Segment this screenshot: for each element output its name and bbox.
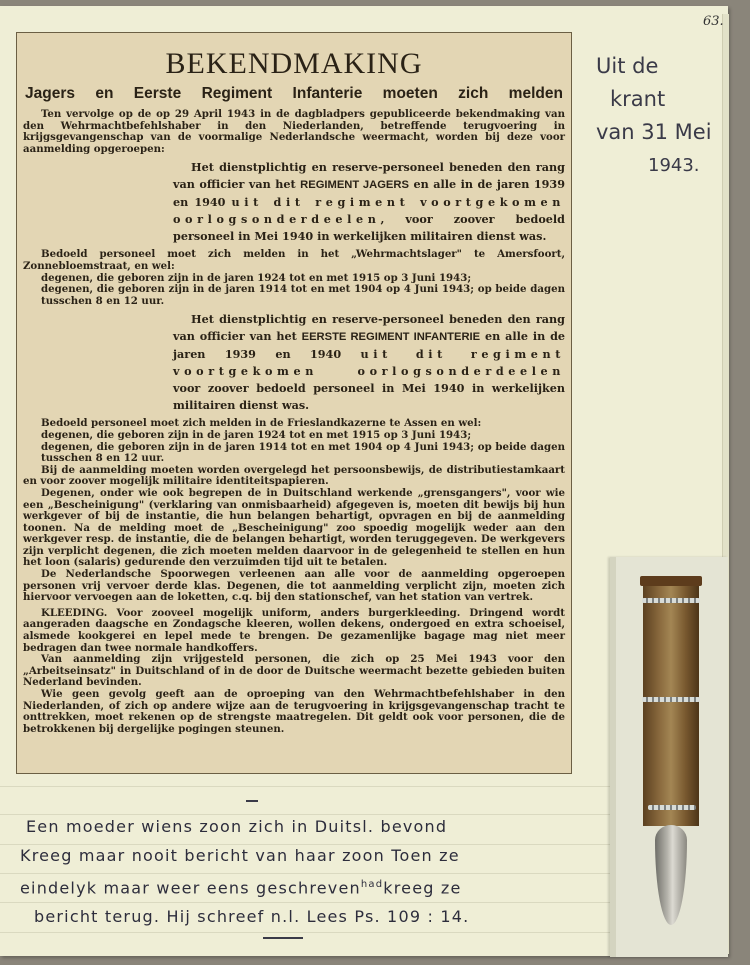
subtitle-word: zich	[458, 85, 488, 103]
subtitle-word: melden	[509, 85, 563, 103]
wire-band	[642, 598, 700, 603]
separator-dash	[263, 937, 303, 939]
eerste-regiment-text: Het dienstplichtig en reserve-personeel …	[173, 311, 565, 414]
eerste-regiment-block: Het dienstplichtig en reserve-personeel …	[173, 311, 565, 414]
inserted-word: had	[361, 879, 383, 890]
subtitle-word: moeten	[383, 85, 438, 103]
side-note-line: 1943.	[596, 149, 716, 182]
assen-line: degenen, die geboren zijn in de jaren 19…	[23, 442, 565, 465]
handwritten-note: Een moeder wiens zoon zich in Duitsl. be…	[20, 812, 600, 931]
intro-paragraph: Ten vervolge op de op 29 April 1943 in d…	[23, 109, 565, 155]
amersfoort-line: degenen, die geboren zijn in de jaren 19…	[23, 284, 565, 307]
cartridge-rim	[640, 576, 702, 586]
wire-band	[648, 805, 696, 810]
subtitle-word: Jagers	[25, 85, 75, 103]
separator-dash	[246, 800, 258, 802]
page-number: 63.	[703, 14, 724, 29]
subtitle-word: Eerste	[134, 85, 181, 103]
subtitle-word: en	[95, 85, 113, 103]
gevolg-paragraph: Wie geen gevolg geeft aan de oproeping v…	[23, 689, 565, 735]
kleeding-paragraph: KLEEDING. Voor zooveel mogelijk uniform,…	[23, 608, 565, 654]
newspaper-clipping: BEKENDMAKING Jagers en Eerste Regiment I…	[16, 32, 572, 774]
spoorwegen-paragraph: De Nederlandsche Spoorwegen verleenen aa…	[23, 569, 565, 604]
side-note: Uit de krant van 31 Mei 1943.	[596, 50, 716, 182]
regiment-jagers-text: Het dienstplichtig en reserve-personeel …	[173, 159, 565, 245]
subtitle-word: Regiment	[202, 85, 273, 103]
subtitle-word: Infanterie	[293, 85, 363, 103]
assen-line: degenen, die geboren zijn in de jaren 19…	[23, 430, 565, 442]
handwritten-line: Een moeder wiens zoon zich in Duitsl. be…	[20, 812, 600, 841]
amersfoort-paragraph: Bedoeld personeel moet zich melden in he…	[23, 249, 565, 272]
handwritten-line: bericht terug. Hij schreef n.l. Lees Ps.…	[20, 902, 600, 931]
vrijgesteld-paragraph: Van aanmelding zijn vrijgesteld personen…	[23, 654, 565, 689]
handwritten-line: Kreeg maar nooit bericht van haar zoon T…	[20, 841, 600, 870]
side-note-line: van 31 Mei	[596, 116, 716, 149]
clipping-subtitle: Jagers en Eerste Regiment Infanterie moe…	[23, 85, 565, 103]
side-note-line: Uit de	[596, 50, 716, 83]
side-note-line: krant	[596, 83, 716, 116]
handwritten-line: eindelyk maar weer eens geschrevenhadkre…	[20, 870, 600, 902]
documents-paragraph: Bij de aanmelding moeten worden overgele…	[23, 465, 565, 488]
grensgangers-paragraph: Degenen, onder wie ook begrepen de in Du…	[23, 488, 565, 569]
regiment-jagers-block: Het dienstplichtig en reserve-personeel …	[173, 159, 565, 245]
wire-band	[642, 697, 700, 702]
clipping-title: BEKENDMAKING	[23, 47, 565, 81]
